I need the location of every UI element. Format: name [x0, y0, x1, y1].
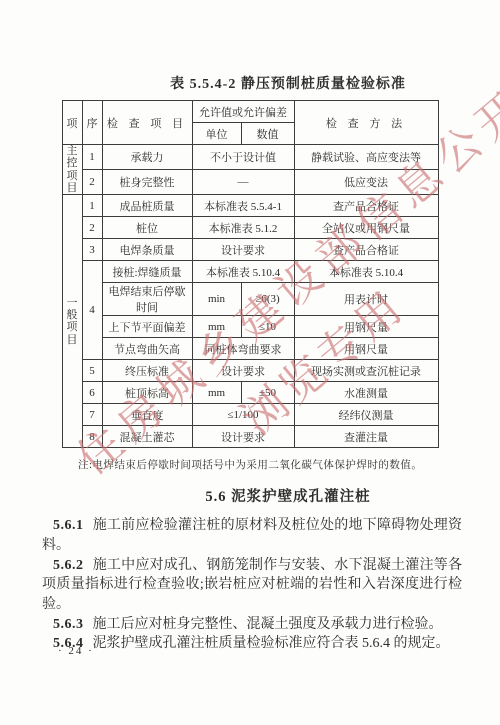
table-row: 电焊结束后停歇时间 min ≥6(3) 用表计时: [62, 283, 438, 316]
cell-value: 同桩体弯曲要求: [192, 338, 294, 360]
header-value: 数值: [241, 123, 294, 145]
clause-number: 5.6.1: [53, 518, 84, 533]
clause-5-6-4: 5.6.4泥浆护壁成孔灌注桩质量检验标准应符合表 5.6.4 的规定。: [42, 634, 462, 654]
clause-text: 泥浆护壁成孔灌注桩质量检验标准应符合表 5.6.4 的规定。: [93, 636, 450, 651]
table-row: 2 桩身完整性 — 低应变法: [62, 170, 438, 195]
header-row-1: 项 序 检 查 项 目 允许值或允许偏差 检 查 方 法: [62, 101, 438, 123]
table-row: 3 电焊条质量 设计要求 查产品合格证: [62, 239, 438, 261]
cell-value: ≥6(3): [241, 283, 294, 316]
cell-method: 经纬仪测量: [294, 404, 438, 426]
cell-value: 设计要求: [192, 360, 294, 382]
cell-item: 终压标准: [102, 360, 192, 382]
cell-value: —: [192, 170, 294, 195]
header-check-item: 检 查 项 目: [102, 101, 192, 145]
cell-method: 用钢尺量: [294, 316, 438, 338]
clause-text: 施工后应对桩身完整性、混凝土强度及承载力进行检验。: [93, 617, 443, 632]
section-body: 5.6.1施工前应检验灌注桩的原材料及桩位处的地下障碍物处理资料。 5.6.2施…: [42, 516, 462, 654]
cell-method: 用表计时: [294, 283, 438, 316]
cell-item: 上下节平面偏差: [102, 316, 192, 338]
cell-method: 水准测量: [294, 382, 438, 404]
table-caption: 表 5.5.4-2 静压预制桩质量检验标准: [0, 73, 500, 93]
header-unit: 单位: [192, 123, 241, 145]
cell-item: 混凝土灌芯: [102, 426, 192, 448]
section-heading: 5.6 泥浆护壁成孔灌注桩: [0, 485, 500, 506]
table-row: 7 垂直度 ≤1/100 经纬仪测量: [62, 404, 438, 426]
cell-value: 本标准表 5.10.4: [192, 261, 294, 283]
cell-value: 设计要求: [192, 426, 294, 448]
cell-seq: 6: [82, 382, 102, 404]
table-header: 项 序 检 查 项 目 允许值或允许偏差 检 查 方 法 单位 数值: [62, 101, 438, 145]
cell-seq: 5: [82, 360, 102, 382]
inspection-table: 项 序 检 查 项 目 允许值或允许偏差 检 查 方 法 单位 数值 主控项目 …: [62, 100, 439, 448]
header-allowed: 允许值或允许偏差: [192, 101, 294, 123]
clause-text: 施工前应检验灌注桩的原材料及桩位处的地下障碍物处理资料。: [42, 518, 462, 553]
cell-seq: 3: [82, 239, 102, 261]
cell-method: 用钢尺量: [294, 338, 438, 360]
cell-item: 电焊结束后停歇时间: [102, 283, 192, 316]
clause-number: 5.6.3: [53, 617, 84, 632]
cell-value: ±50: [241, 382, 294, 404]
table-row: 4 接桩:焊缝质量 本标准表 5.10.4 本标准表 5.10.4: [62, 261, 438, 283]
cell-seq: 1: [82, 195, 102, 217]
table-row: 6 桩顶标高 mm ±50 水准测量: [62, 382, 438, 404]
clause-5-6-2: 5.6.2施工中应对成孔、钢筋笼制作与安装、水下混凝土灌注等各项质量指标进行检查…: [42, 556, 462, 615]
header-item-col: 项: [62, 101, 82, 145]
header-seq-col: 序: [82, 101, 102, 145]
cell-seq: 2: [82, 170, 102, 195]
cell-unit: mm: [192, 316, 241, 338]
cell-item: 桩身完整性: [102, 170, 192, 195]
cell-seq: 2: [82, 217, 102, 239]
cell-value: 设计要求: [192, 239, 294, 261]
document-page: 表 5.5.4-2 静压预制桩质量检验标准 项 序 检 查 项 目 允许值或允许…: [0, 0, 500, 725]
cell-item: 节点弯曲矢高: [102, 338, 192, 360]
table-note: 注:电焊结束后停歇时间项括号中为采用二氧化碳气体保护焊时的数值。: [78, 457, 500, 472]
cell-unit: mm: [192, 382, 241, 404]
cell-seq: 8: [82, 426, 102, 448]
cell-value: ≤1/100: [192, 404, 294, 426]
clause-5-6-1: 5.6.1施工前应检验灌注桩的原材料及桩位处的地下障碍物处理资料。: [42, 516, 462, 555]
cell-method: 静载试验、高应变法等: [294, 145, 438, 170]
cell-value: 本标准表 5.1.2: [192, 217, 294, 239]
table-row: 一般项目 1 成品桩质量 本标准表 5.5.4-1 查产品合格证: [62, 195, 438, 217]
clause-5-6-3: 5.6.3施工后应对桩身完整性、混凝土强度及承载力进行检验。: [42, 615, 462, 635]
table-row: 上下节平面偏差 mm ≤10 用钢尺量: [62, 316, 438, 338]
cell-method: 查灌注量: [294, 426, 438, 448]
cell-seq: 1: [82, 145, 102, 170]
table-row: 8 混凝土灌芯 设计要求 查灌注量: [62, 426, 438, 448]
cell-method: 查产品合格证: [294, 239, 438, 261]
cell-value: 不小于设计值: [192, 145, 294, 170]
cell-unit: min: [192, 283, 241, 316]
table-row: 主控项目 1 承载力 不小于设计值 静载试验、高应变法等: [62, 145, 438, 170]
cell-method: 现场实测或查沉桩记录: [294, 360, 438, 382]
cell-method: 全站仪或用钢尺量: [294, 217, 438, 239]
cell-method: 本标准表 5.10.4: [294, 261, 438, 283]
cell-item: 桩顶标高: [102, 382, 192, 404]
clause-number: 5.6.2: [53, 558, 84, 573]
cell-item: 成品桩质量: [102, 195, 192, 217]
clause-text: 施工中应对成孔、钢筋笼制作与安装、水下混凝土灌注等各项质量指标进行检查验收;嵌岩…: [42, 558, 462, 612]
cell-item: 垂直度: [102, 404, 192, 426]
cell-item: 桩位: [102, 217, 192, 239]
table-row: 节点弯曲矢高 同桩体弯曲要求 用钢尺量: [62, 338, 438, 360]
cell-item: 电焊条质量: [102, 239, 192, 261]
row-group-label-general: 一般项目: [62, 195, 82, 448]
page-number: · 24 ·: [58, 645, 94, 657]
cell-seq: 7: [82, 404, 102, 426]
cell-method: 低应变法: [294, 170, 438, 195]
row-group-label-main: 主控项目: [62, 145, 82, 195]
cell-item: 接桩:焊缝质量: [102, 261, 192, 283]
cell-value: 本标准表 5.5.4-1: [192, 195, 294, 217]
cell-seq: 4: [82, 261, 102, 360]
table-row: 2 桩位 本标准表 5.1.2 全站仪或用钢尺量: [62, 217, 438, 239]
cell-item: 承载力: [102, 145, 192, 170]
cell-value: ≤10: [241, 316, 294, 338]
header-method: 检 查 方 法: [294, 101, 438, 145]
table-row: 5 终压标准 设计要求 现场实测或查沉桩记录: [62, 360, 438, 382]
cell-method: 查产品合格证: [294, 195, 438, 217]
